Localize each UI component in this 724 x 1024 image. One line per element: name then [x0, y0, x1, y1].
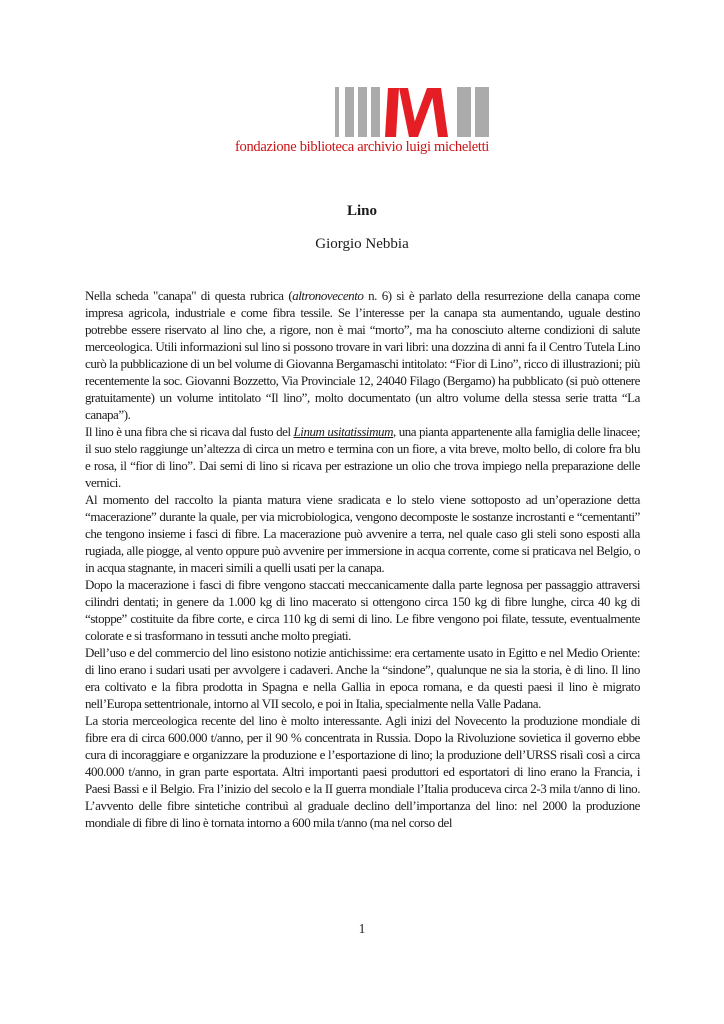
text-run: Il lino è una fibra che si ricava dal fu…	[85, 424, 294, 439]
emphasized-text: altronovecento	[292, 288, 363, 303]
document-page: fondazione biblioteca archivio luigi mic…	[0, 0, 724, 1024]
paragraph: Dopo la macerazione i fasci di fibre ven…	[85, 576, 640, 644]
text-run: Dopo la macerazione i fasci di fibre ven…	[85, 577, 640, 643]
article-title: Lino	[0, 203, 724, 220]
article-author: Giorgio Nebbia	[0, 236, 724, 253]
text-run: Al momento del raccolto la pianta matura…	[85, 492, 640, 575]
paragraph: La storia merceologica recente del lino …	[85, 712, 640, 831]
text-run: n. 6) si è parlato della resurrezione de…	[85, 288, 640, 422]
page-number: 1	[0, 921, 724, 937]
micheletti-logo: fondazione biblioteca archivio luigi mic…	[235, 87, 489, 156]
emphasized-text: Linum usitatissimum	[294, 424, 394, 439]
text-run: La storia merceologica recente del lino …	[85, 713, 640, 830]
letterhead: fondazione biblioteca archivio luigi mic…	[0, 87, 724, 156]
paragraph: Dell’uso e del commercio del lino esisto…	[85, 644, 640, 712]
logo-wordmark: fondazione biblioteca archivio luigi mic…	[235, 139, 489, 156]
micheletti-logo-icon	[335, 87, 489, 137]
text-run: Nella scheda "canapa" di questa rubrica …	[85, 288, 292, 303]
paragraph: Il lino è una fibra che si ricava dal fu…	[85, 423, 640, 491]
text-run: Dell’uso e del commercio del lino esisto…	[85, 645, 640, 711]
paragraph: Al momento del raccolto la pianta matura…	[85, 491, 640, 576]
article-body: Nella scheda "canapa" di questa rubrica …	[85, 287, 640, 831]
paragraph: Nella scheda "canapa" di questa rubrica …	[85, 287, 640, 423]
